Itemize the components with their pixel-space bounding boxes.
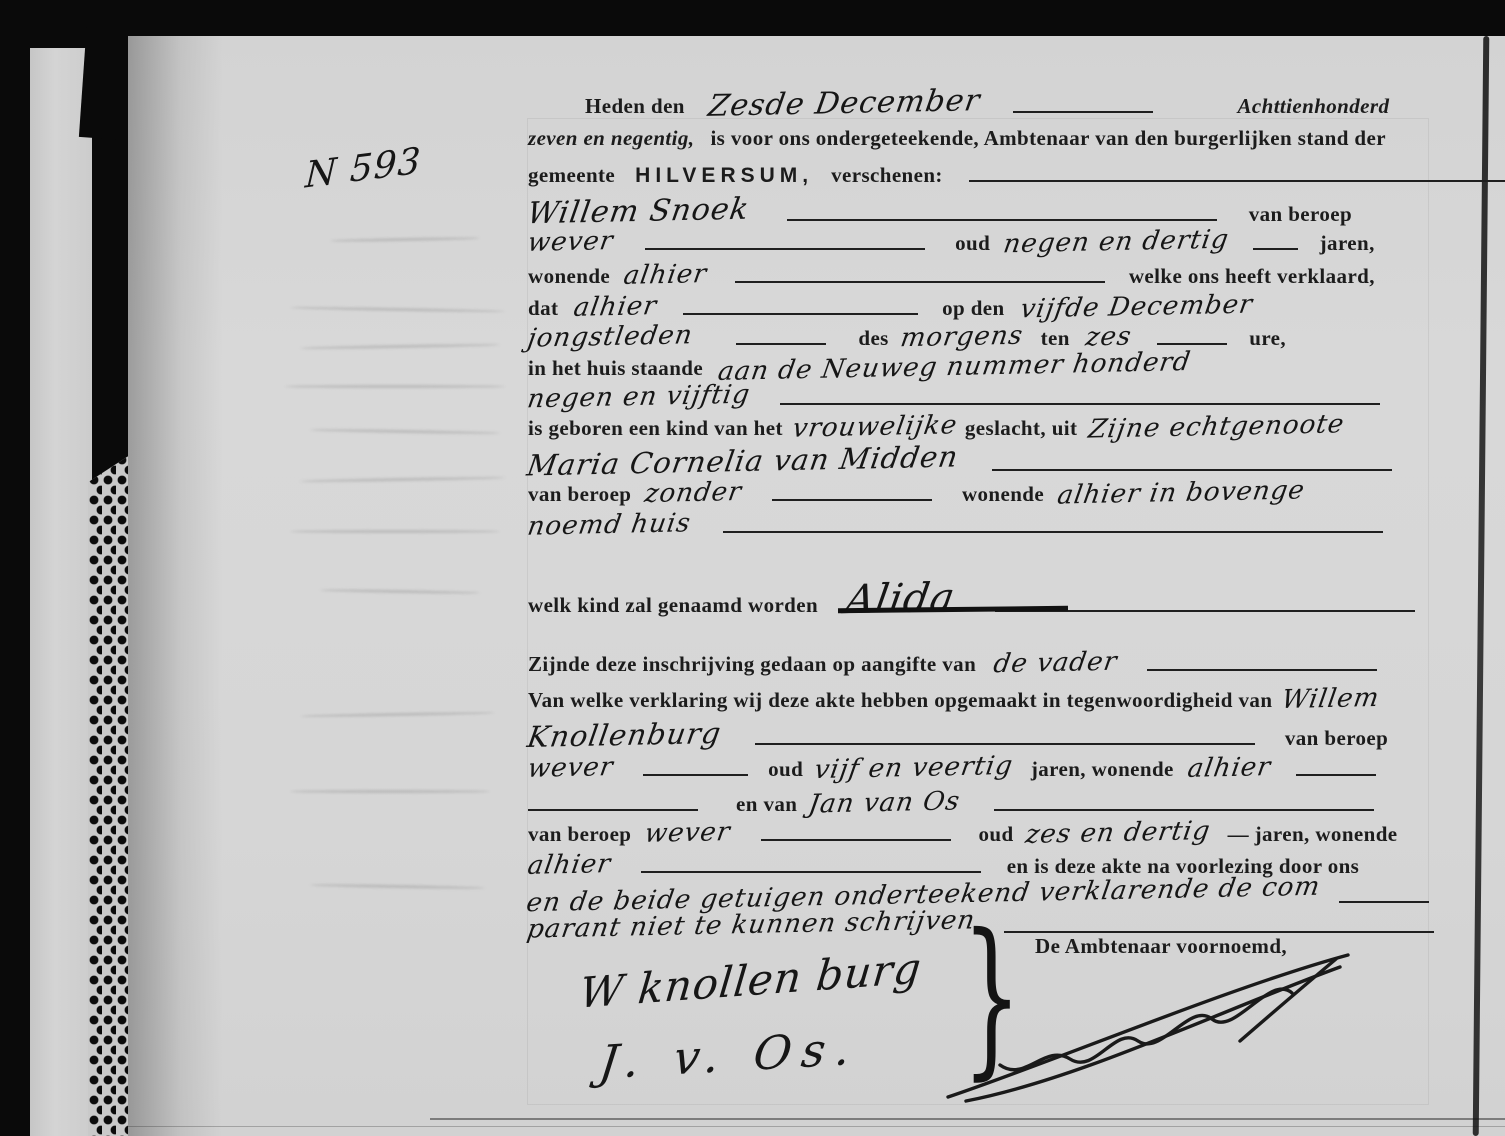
blank-rule [1296,772,1376,776]
blank-rule [643,772,748,776]
handwritten-declarant-name: Willem Snoek [525,192,752,232]
scanned-register-spread: N 593 Heden den Zesde December Achttienh… [0,0,1505,1136]
handwritten-place: alhier [572,291,660,323]
blank-rule [994,807,1374,811]
print-text: oud [979,822,1014,846]
form-line-5: wever oud negen en dertig jaren, [528,227,1375,257]
handwritten-witness1-residence: alhier [1185,752,1273,784]
form-line-6: wonende alhier welke ons heeft verklaard… [528,260,1375,290]
blank-rule [1253,246,1298,250]
print-text: — jaren, wonende [1228,822,1398,846]
print-text: zeven en negentig, [528,126,694,150]
handwritten-text: jongstleden [525,320,695,353]
handwritten-witness2-occupation: wever [643,817,733,849]
form-line-10: negen en vijftig [528,382,1380,412]
print-text: van beroep [1249,202,1352,226]
form-line-3: gemeente HILVERSUM, verschenen: [528,163,1505,188]
print-text: Van welke verklaring wij deze akte hebbe… [528,688,1272,712]
bleedthrough-smudge [290,790,490,793]
blank-rule [992,467,1392,471]
form-line-7: dat alhier op den vijfde December [528,292,1252,322]
print-text: is voor ons ondergeteekende, Ambtenaar v… [710,126,1386,150]
print-text: jaren, [1320,231,1375,255]
print-text: dat [528,296,558,320]
handwritten-witness1-age: vijf en veertig [813,751,1016,785]
print-text: jaren, wonende [1031,757,1174,781]
form-line-20: en van Jan van Os [528,788,1374,818]
handwritten-witness2-age: zes en dertig [1023,816,1212,850]
handwritten-address: aan de Neuweg nummer honderd [716,347,1193,387]
print-text: wonende [962,482,1044,506]
print-text: Achttienhonderd [1237,94,1389,118]
blank-rule [1013,109,1153,113]
next-page-edge [430,1118,1505,1120]
blank-rule [1339,899,1429,903]
print-text: van beroep [1285,726,1388,750]
handwritten-text: noemd huis [525,508,693,541]
print-text: verschenen: [831,163,943,187]
form-line-21: van beroep wever oud zes en dertig — jar… [528,818,1398,848]
blank-rule [723,529,1383,533]
blank-rule [683,311,918,315]
print-text: des [858,326,888,350]
handwritten-age: negen en dertig [1001,225,1231,260]
blank-rule [735,279,1105,283]
handwritten-witness1-surname: Knollenburg [525,716,724,754]
print-text: Heden den [585,94,685,118]
handwritten-informant: de vader [992,647,1120,680]
bleedthrough-smudge [290,530,500,533]
form-line-13: van beroep zonder wonende alhier in bove… [528,478,1305,508]
handwritten-text: Zijne echtgenoote [1087,409,1347,444]
blank-rule [1004,929,1434,933]
handwritten-witness1-firstname: Willem [1280,683,1382,715]
print-text: oud [955,231,990,255]
blank-rule [1157,341,1227,345]
print-text: geslacht, uit [965,416,1078,440]
form-line-16: Zijnde deze inschrijving gedaan op aangi… [528,648,1377,678]
handwritten-occupation: wever [526,226,616,258]
print-text: van beroep [528,482,631,506]
print-text: van beroep [528,822,631,846]
blank-rule [780,401,1380,405]
handwritten-sex: vrouwelijke [790,410,959,443]
blank-rule [641,869,981,873]
print-text: welke ons heeft verklaard, [1129,264,1375,288]
witness2-signature: J. v. Os. [599,1023,861,1086]
form-line-19: wever oud vijf en veertig jaren, wonende… [528,753,1376,783]
blank-rule [645,246,925,250]
form-line-14: noemd huis [528,510,1383,540]
print-text: wonende [528,264,610,288]
handwritten-date: Zesde December [706,83,983,124]
print-text: in het huis staande [528,356,703,380]
form-line-17: Van welke verklaring wij deze akte hebbe… [528,684,1380,714]
bleedthrough-smudge [285,385,505,388]
blank-rule [755,741,1255,745]
print-text: is geboren een kind van het [528,416,783,440]
officer-signature-flourish [940,945,1360,1105]
print-text: Zijnde deze inschrijving gedaan op aangi… [528,652,976,676]
form-line-2: zeven en negentig, is voor ons ondergete… [528,126,1386,151]
print-text: gemeente [528,163,615,187]
handwritten-child-name: Alida [842,575,958,623]
handwritten-time-of-day: morgens [898,321,1025,354]
blank-rule [528,807,698,811]
blank-rule [787,217,1217,221]
handwritten-closing-text: parant niet te kunnen schrijven [525,905,978,944]
print-text: welk kind zal genaamd worden [528,593,818,617]
form-line-9: in het huis staande aan de Neuweg nummer… [528,352,1190,382]
form-line-15: welk kind zal genaamd worden Alida [528,576,1415,622]
form-line-18: Knollenburg van beroep [528,718,1388,752]
print-text: ure, [1249,326,1286,350]
form-line-12: Maria Cornelia van Midden [528,444,1392,478]
print-text: en van [736,792,797,816]
binding-mesh-texture [88,455,130,1136]
handwritten-residence: alhier [622,259,710,291]
municipality-name: HILVERSUM, [635,164,813,187]
handwritten-mother-occupation: zonder [643,477,745,509]
handwritten-witness2-residence: alhier [526,849,614,881]
form-line-1: Heden den Zesde December Achttienhonderd [585,86,1389,121]
blank-rule [772,497,932,501]
handwritten-witness1-occupation: wever [526,752,616,784]
form-line-11: is geboren een kind van het vrouwelijke … [528,412,1344,442]
handwritten-witness2-name: Jan van Os [807,786,963,819]
next-page-edge [128,1126,1505,1127]
handwritten-mother-residence: alhier in bovenge [1055,475,1307,510]
blank-rule [736,341,826,345]
print-text: op den [942,296,1005,320]
handwritten-address-cont: negen en vijftig [525,380,752,415]
blank-rule [1147,667,1377,671]
print-text: oud [768,757,803,781]
book-cover-strip [30,48,92,1136]
print-text: ten [1041,326,1070,350]
handwritten-birth-date: vijfde December [1018,290,1255,325]
blank-rule [969,178,1505,182]
blank-rule [761,837,951,841]
